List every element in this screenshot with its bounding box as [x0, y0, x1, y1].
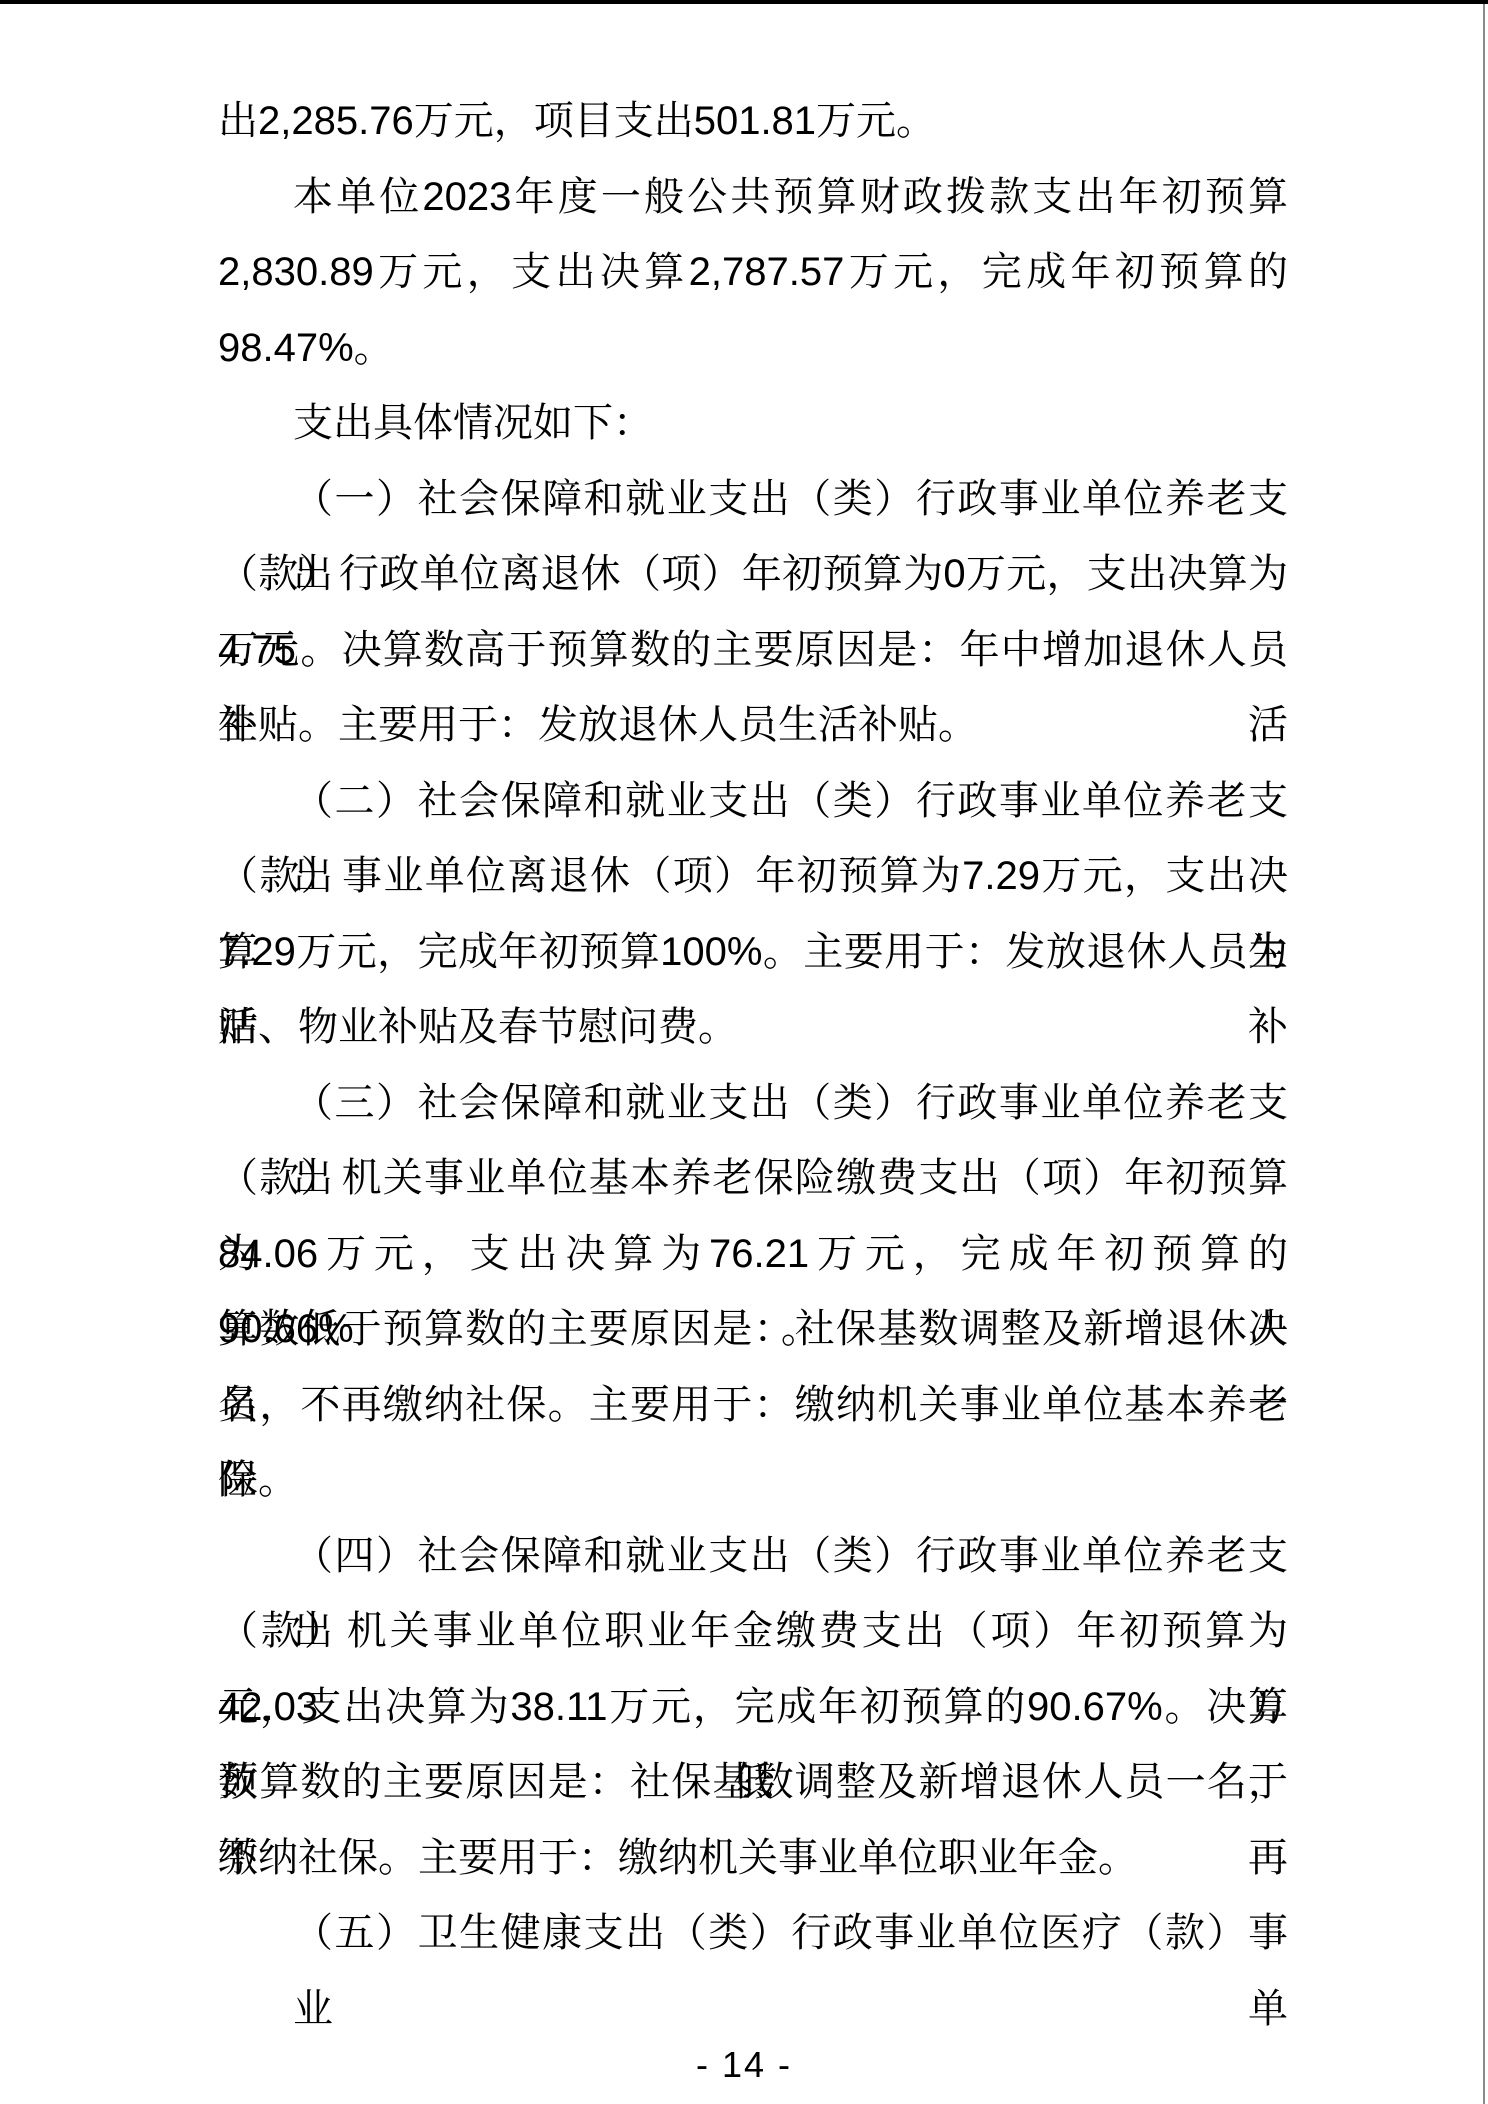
- text-line: 算数低于预算数的主要原因是：社保基数调整及新增退休人员一: [218, 1292, 1288, 1368]
- text-line: 元，支出决算为38.11万元，完成年初预算的90.67%。决算数低于: [218, 1670, 1288, 1746]
- text-line: （二）社会保障和就业支出（类）行政事业单位养老支出: [218, 764, 1288, 840]
- text-line: （四）社会保障和就业支出（类）行政事业单位养老支出: [218, 1519, 1288, 1595]
- page-number: - 14 -: [0, 2040, 1488, 2090]
- text-line: （款）机关事业单位职业年金缴费支出（项）年初预算为42.03万: [218, 1594, 1288, 1670]
- text-line: 本单位2023年度一般公共预算财政拨款支出年初预算: [218, 160, 1288, 236]
- text-line: 支出具体情况如下：: [218, 386, 1288, 462]
- text-line: 险。: [218, 1443, 1288, 1519]
- top-border-bar: [0, 0, 1488, 4]
- text-line: 缴纳社保。主要用于：缴纳机关事业单位职业年金。: [218, 1821, 1288, 1897]
- text-line: 出2,285.76万元，项目支出501.81万元。: [218, 84, 1288, 160]
- text-line: 98.47%。: [218, 311, 1288, 387]
- body-text: 出2,285.76万元，项目支出501.81万元。本单位2023年度一般公共预算…: [218, 84, 1288, 1972]
- document-page: 出2,285.76万元，项目支出501.81万元。本单位2023年度一般公共预算…: [0, 0, 1488, 2104]
- right-edge-line: [1483, 4, 1485, 2104]
- text-line: 预算数的主要原因是：社保基数调整及新增退休人员一名，不再: [218, 1745, 1288, 1821]
- text-line: 2,830.89万元，支出决算2,787.57万元，完成年初预算的: [218, 235, 1288, 311]
- text-line: 万元。决算数高于预算数的主要原因是：年中增加退休人员生活: [218, 613, 1288, 689]
- text-line: （三）社会保障和就业支出（类）行政事业单位养老支出: [218, 1066, 1288, 1142]
- text-line: 名，不再缴纳社保。主要用于：缴纳机关事业单位基本养老保: [218, 1368, 1288, 1444]
- text-line: （一）社会保障和就业支出（类）行政事业单位养老支出: [218, 462, 1288, 538]
- text-line: （款）行政单位离退休（项）年初预算为0万元，支出决算为4.75: [218, 537, 1288, 613]
- text-line: （款）机关事业单位基本养老保险缴费支出（项）年初预算为: [218, 1141, 1288, 1217]
- text-line: 7.29万元，完成年初预算100%。主要用于：发放退休人员生活补: [218, 915, 1288, 991]
- text-line: 84.06万元，支出决算为76.21万元，完成年初预算的90.66%。决: [218, 1217, 1288, 1293]
- text-line: （款）事业单位离退休（项）年初预算为7.29万元，支出决算为: [218, 839, 1288, 915]
- text-line: （五）卫生健康支出（类）行政事业单位医疗（款）事业单: [218, 1896, 1288, 1972]
